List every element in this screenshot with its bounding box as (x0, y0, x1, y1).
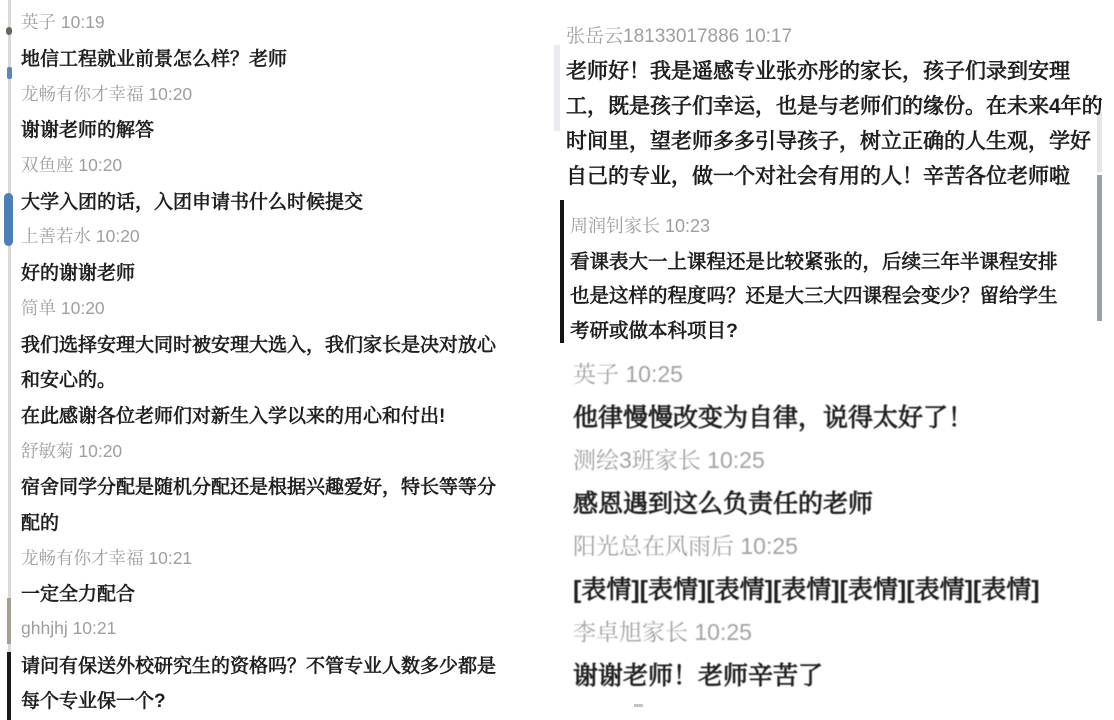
chat-sender-timestamp: 英子 10:25 (573, 351, 1113, 394)
chat-message-text: 每个专业保一个? (21, 682, 536, 718)
chat-sender-timestamp: ghhjhj 10:21 (21, 611, 536, 647)
chat-message-text: 地信工程就业前景怎么样？老师 (21, 40, 536, 76)
chat-section-zhourunzhao: 周润钊家长 10:23看课表大一上课程还是比较紧张的，后续三年半课程安排也是这样… (570, 208, 1110, 346)
chat-sender-timestamp: 阳光总在风雨后 10:25 (573, 523, 1113, 566)
chat-message-text: 在此感谢各位老师们对新生入学以来的用心和付出! (21, 397, 536, 433)
quote-bar-light (554, 45, 560, 131)
chat-sender-timestamp: 李卓旭家长 10:25 (573, 609, 1113, 652)
chat-sender-timestamp: 龙畅有你才幸福 10:21 (21, 539, 536, 575)
chat-message-text: 配的 (21, 504, 536, 540)
left-edge-dot (6, 27, 12, 35)
chat-message-text: 宿舍同学分配是随机分配还是根据兴趣爱好，特长等等分 (21, 468, 536, 504)
chat-section-zhangyueyun: 张岳云18133017886 10:17老师好！我是遥感专业张亦彤的家长，孩子们… (566, 17, 1111, 192)
chat-message-text: 好的谢谢老师 (21, 254, 536, 290)
chat-message-text: 大学入团的话，入团申请书什么时候提交 (21, 182, 536, 218)
chat-sender-timestamp: 双鱼座 10:20 (21, 147, 536, 183)
chat-message-text: 谢谢老师的解答 (21, 111, 536, 147)
chat-transcript-screen: 英子 10:19地信工程就业前景怎么样？老师龙畅有你才幸福 10:20谢谢老师的… (0, 0, 1114, 720)
bottom-dash-artifact (634, 704, 643, 707)
chat-sender-timestamp: 英子 10:19 (21, 4, 536, 40)
chat-message-text: 老师好！我是遥感专业张亦彤的家长，孩子们录到安理 (566, 52, 1111, 87)
left-edge-black-segment (7, 652, 11, 720)
chat-message-text: [表情][表情][表情][表情][表情][表情][表情] (573, 566, 1113, 609)
chat-message-text: 和安心的。 (21, 361, 536, 397)
chat-message-text: 看课表大一上课程还是比较紧张的，后续三年半课程安排 (570, 243, 1110, 278)
chat-sender-timestamp: 周润钊家长 10:23 (570, 208, 1110, 243)
chat-message-text: 一定全力配合 (21, 575, 536, 611)
chat-sender-timestamp: 张岳云18133017886 10:17 (566, 17, 1111, 52)
chat-message-text: 自己的专业，做一个对社会有用的人！辛苦各位老师啦 (566, 157, 1111, 192)
chat-message-text: 他律慢慢改变为自律，说得太好了！ (573, 394, 1113, 437)
left-edge-tan-segment (7, 598, 11, 644)
chat-sender-timestamp: 测绘3班家长 10:25 (573, 437, 1113, 480)
chat-message-text: 工，既是孩子们幸运，也是与老师们的缘份。在未来4年的 (566, 87, 1111, 122)
chat-message-text: 谢谢老师！老师辛苦了 (573, 652, 1113, 695)
chat-message-text: 感恩遇到这么负责任的老师 (573, 480, 1113, 523)
chat-message-text: 考研或做本科项目? (570, 312, 1110, 347)
chat-column-left: 英子 10:19地信工程就业前景怎么样？老师龙畅有你才幸福 10:20谢谢老师的… (21, 4, 536, 718)
left-scrollbar-thumb[interactable] (4, 193, 13, 246)
chat-sender-timestamp: 舒敏菊 10:20 (21, 432, 536, 468)
quote-bar-black (560, 200, 564, 343)
chat-message-text: 请问有保送外校研究生的资格吗？不管专业人数多少都是 (21, 646, 536, 682)
chat-sender-timestamp: 简单 10:20 (21, 290, 536, 326)
chat-sender-timestamp: 上善若水 10:20 (21, 218, 536, 254)
chat-message-text: 时间里，望老师多多引导孩子，树立正确的人生观，学好 (566, 122, 1111, 157)
chat-sender-timestamp: 龙畅有你才幸福 10:20 (21, 75, 536, 111)
chat-section-bottom-zoomed: 英子 10:25他律慢慢改变为自律，说得太好了！测绘3班家长 10:25感恩遇到… (573, 351, 1113, 695)
chat-message-text: 也是这样的程度吗？还是大三大四课程会变少？留给学生 (570, 277, 1110, 312)
chat-message-text: 我们选择安理大同时被安理大选入，我们家长是决对放心 (21, 325, 536, 361)
left-scrollbar-mark (7, 67, 12, 79)
